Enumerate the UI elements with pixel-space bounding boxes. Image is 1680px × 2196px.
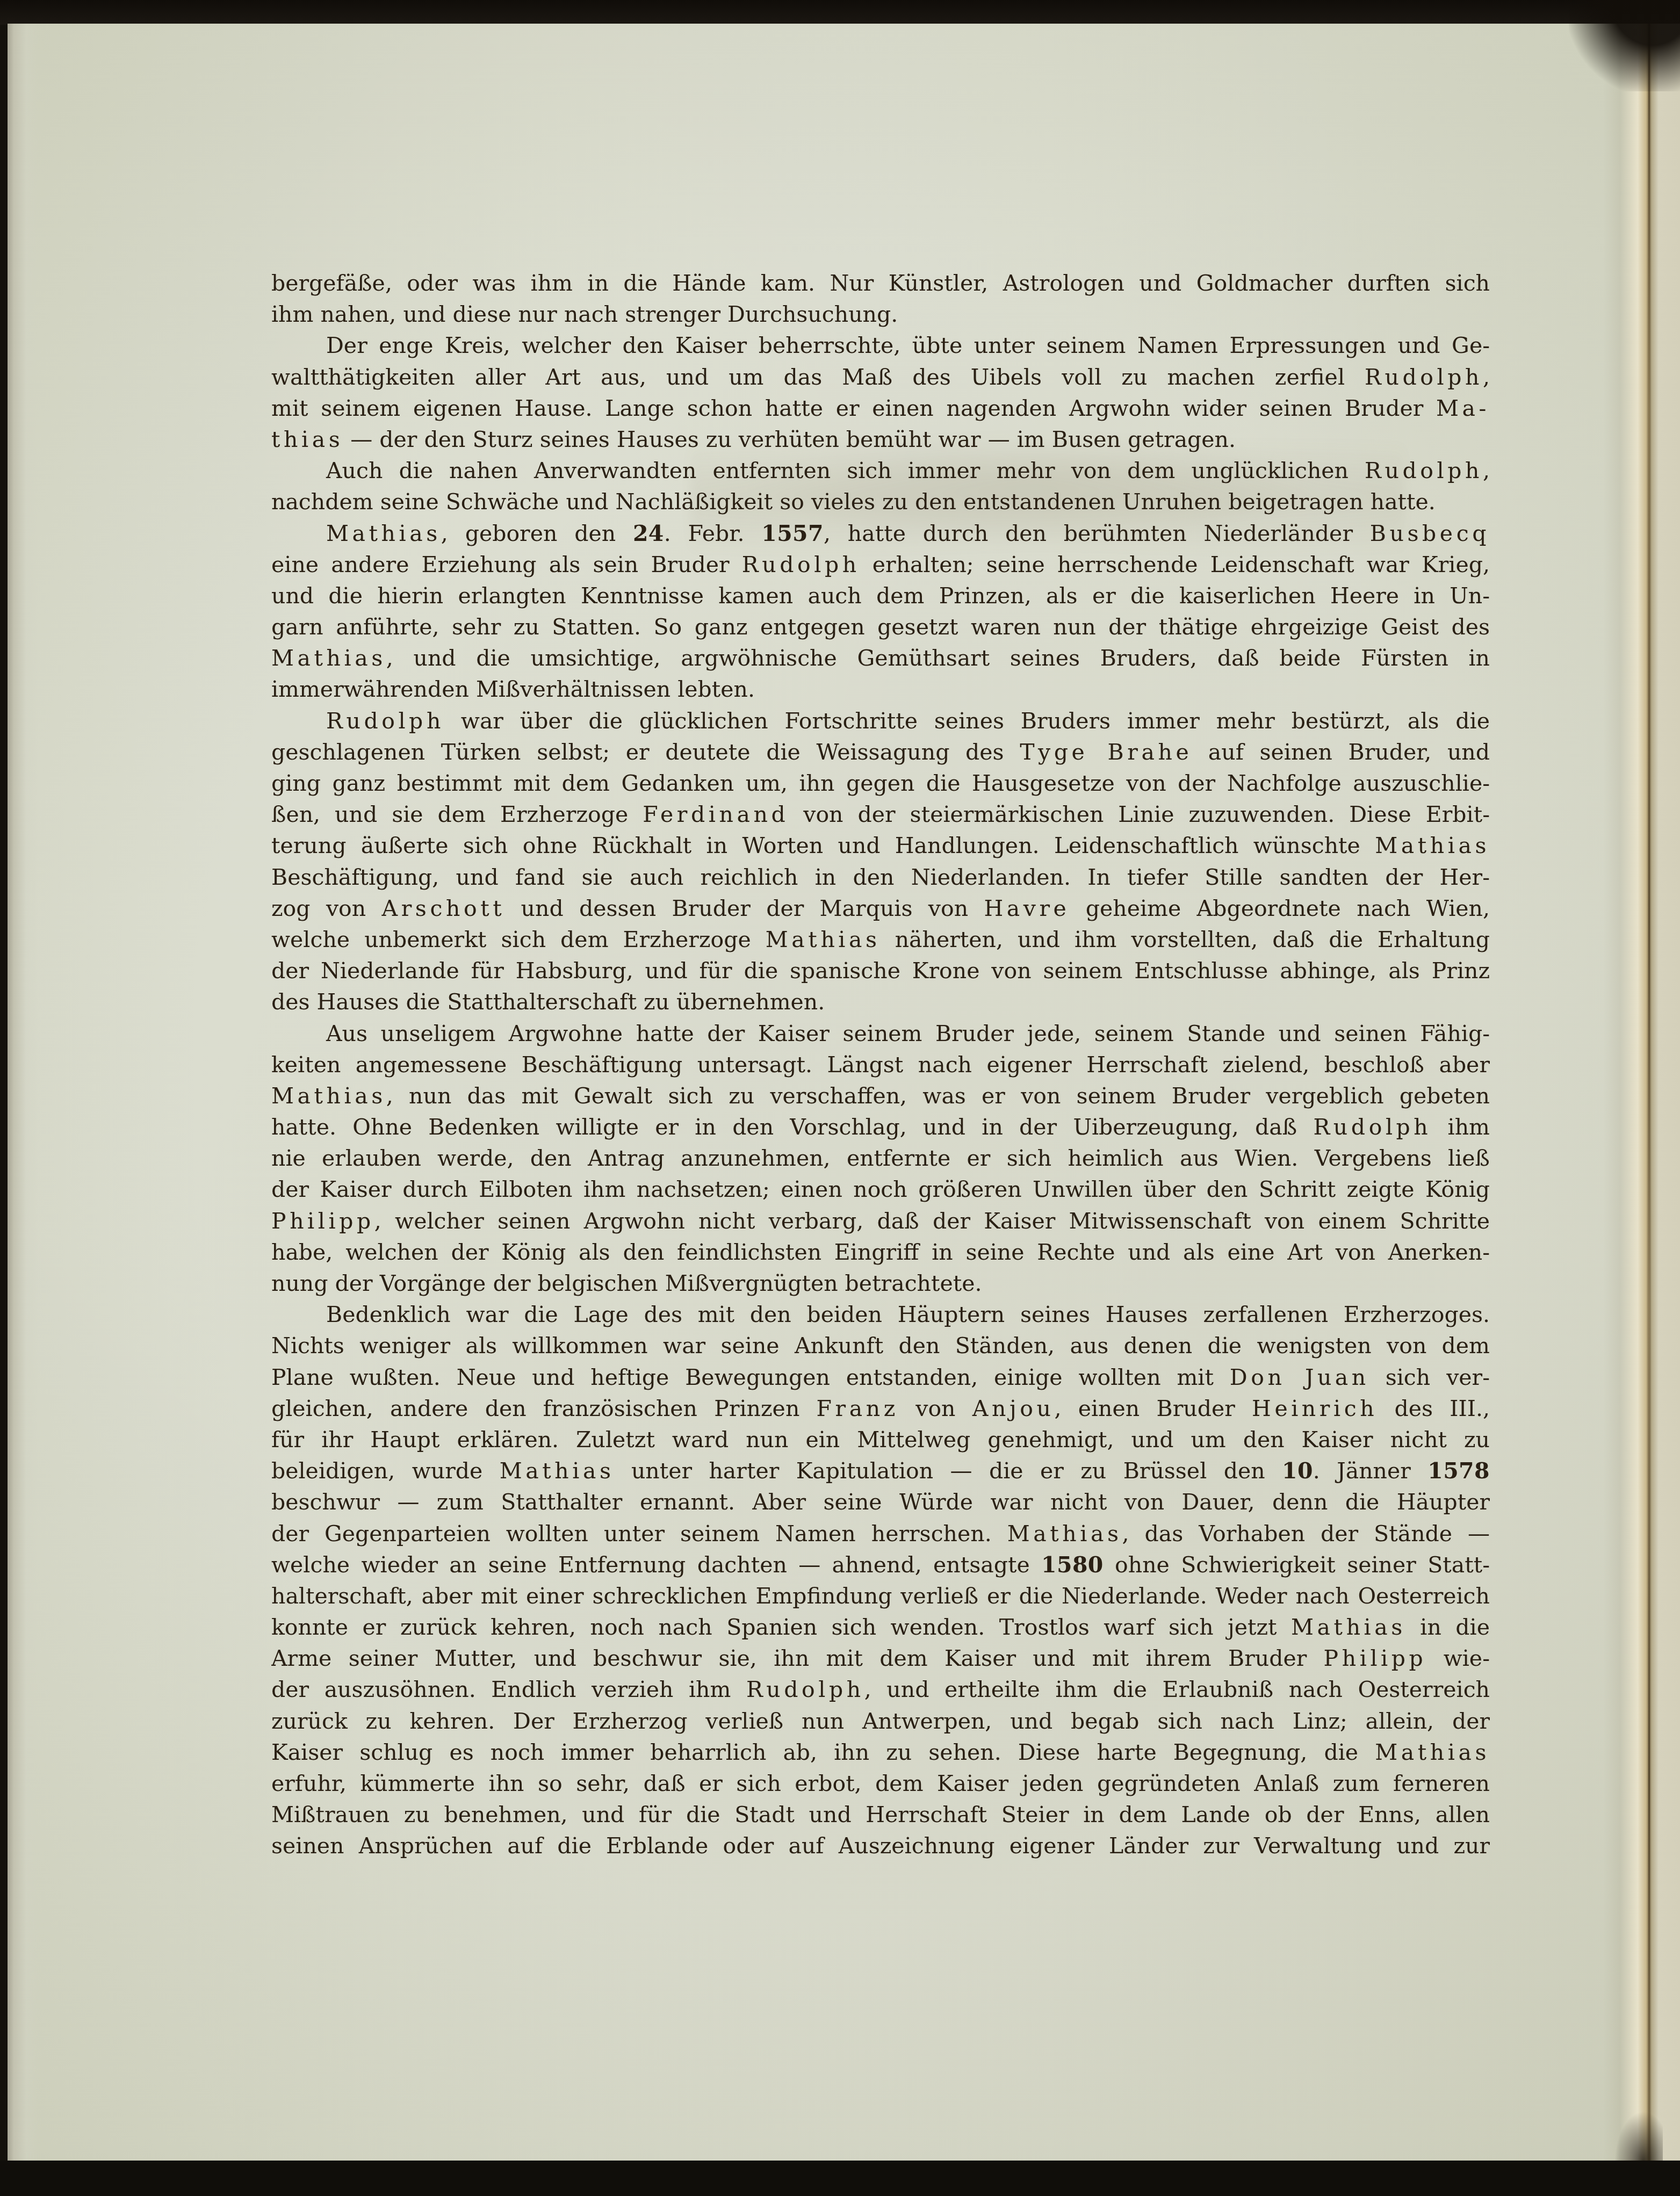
proper-name-gesperrt: Rudolph: [1365, 364, 1483, 390]
text-line: Mathias, und die umsichtige, argwöhnisch…: [271, 642, 1490, 674]
text-line: ging ganz bestimmt mit dem Gedanken um, …: [271, 768, 1490, 799]
text-line: Arme seiner Mutter, und beschwur sie, ih…: [271, 1643, 1490, 1674]
text-line: terung äußerte sich ohne Rückhalt in Wor…: [271, 830, 1490, 861]
text-line: bergefäße, oder was ihm in die Hände kam…: [271, 268, 1490, 299]
proper-name-gesperrt: Mathias: [1007, 1521, 1122, 1547]
proper-name-gesperrt: Mathias: [766, 927, 881, 952]
text-line: habe, welchen der König als den feindlic…: [271, 1237, 1490, 1268]
text-line: thias — der den Sturz seines Hauses zu v…: [271, 424, 1490, 455]
text-line: welche unbemerkt sich dem Erzherzoge Mat…: [271, 924, 1490, 955]
proper-name-gesperrt: Mathias: [1291, 1614, 1406, 1640]
text-line: ihm nahen, und diese nur nach strenger D…: [271, 299, 1490, 330]
text-line: für ihr Haupt erklären. Zuletzt ward nun…: [271, 1424, 1490, 1455]
text-line: gleichen, andere den französischen Prinz…: [271, 1393, 1490, 1424]
text-line: Der enge Kreis, welcher den Kaiser beher…: [271, 330, 1490, 361]
numeral: 1578: [1427, 1458, 1490, 1484]
text-line: mit seinem eigenen Hause. Lange schon ha…: [271, 393, 1490, 424]
proper-name-gesperrt: Mathias: [271, 645, 386, 671]
text-line: ßen, und sie dem Erzherzoge Ferdinand vo…: [271, 799, 1490, 830]
scanner-background-top: [0, 0, 1680, 25]
text-line: zurück zu kehren. Der Erzherzog verließ …: [271, 1706, 1490, 1737]
text-line: zog von Arschott und dessen Bruder der M…: [271, 893, 1490, 924]
scanner-background-bottom: [0, 2161, 1680, 2196]
proper-name-gesperrt: Rudolph: [742, 552, 860, 577]
text-line: des Hauses die Statthalterschaft zu über…: [271, 986, 1490, 1017]
text-line: der Gegenparteien wollten unter seinem N…: [271, 1518, 1490, 1549]
proper-name-gesperrt: Mathias: [1375, 833, 1490, 858]
text-line: Auch die nahen Anverwandten entfernten s…: [271, 455, 1490, 486]
proper-name-gesperrt: Philipp: [271, 1208, 374, 1234]
numeral: 10: [1282, 1458, 1313, 1484]
proper-name-gesperrt: Havre: [984, 895, 1070, 921]
text-line: Philipp, welcher seinen Argwohn nicht ve…: [271, 1205, 1490, 1237]
proper-name-gesperrt: Mathias: [500, 1458, 615, 1484]
proper-name-gesperrt: Don Juan: [1230, 1364, 1369, 1390]
text-line: seinen Ansprüchen auf die Erblande oder …: [271, 1830, 1490, 1861]
page-stack-edge-left: [8, 24, 39, 2162]
binding-gutter-crease: [1648, 24, 1650, 2162]
text-line: der Niederlande für Habsburg, und für di…: [271, 955, 1490, 986]
text-line: halterschaft, aber mit einer schrecklich…: [271, 1580, 1490, 1612]
text-line: immerwährenden Mißverhältnissen lebten.: [271, 674, 1490, 705]
binding-shadow-bottom: [1614, 2111, 1663, 2162]
text-line: Mißtrauen zu benehmen, und für die Stadt…: [271, 1799, 1490, 1830]
text-line: nachdem seine Schwäche und Nachläßigkeit…: [271, 486, 1490, 517]
proper-name-gesperrt: Rudolph: [746, 1677, 864, 1702]
text-line: hatte. Ohne Bedenken willigte er in den …: [271, 1111, 1490, 1143]
proper-name-gesperrt: Arschott: [381, 895, 505, 921]
text-line: Plane wußten. Neue und heftige Bewegunge…: [271, 1362, 1490, 1393]
text-line: erfuhr, kümmerte ihn so sehr, daß er sic…: [271, 1768, 1490, 1799]
text-line: welche wieder an seine Entfernung dachte…: [271, 1549, 1490, 1580]
text-line: garn anführte, sehr zu Statten. So ganz …: [271, 611, 1490, 642]
proper-name-gesperrt: Heinrich: [1252, 1396, 1378, 1421]
proper-name-gesperrt: Rudolph: [326, 708, 444, 734]
text-line: eine andere Erziehung als sein Bruder Ru…: [271, 549, 1490, 580]
text-line: Beschäftigung, und fand sie auch reichli…: [271, 862, 1490, 893]
proper-name-gesperrt: Philipp: [1324, 1645, 1427, 1671]
text-line: Mathias, geboren den 24. Febr. 1557, hat…: [271, 518, 1490, 549]
proper-name-gesperrt: thias: [271, 427, 343, 452]
page-text-block: bergefäße, oder was ihm in die Hände kam…: [271, 268, 1490, 1862]
text-line: Rudolph war über die glücklichen Fortsch…: [271, 705, 1490, 736]
proper-name-gesperrt: Ferdinand: [643, 801, 789, 827]
proper-name-gesperrt: Mathias: [1375, 1739, 1490, 1765]
text-line: Mathias, nun das mit Gewalt sich zu vers…: [271, 1080, 1490, 1111]
text-line: geschlagenen Türken selbst; er deutete d…: [271, 736, 1490, 768]
text-line: beleidigen, wurde Mathias unter harter K…: [271, 1455, 1490, 1486]
text-line: beschwur — zum Statthalter ernannt. Aber…: [271, 1486, 1490, 1518]
numeral: 1580: [1041, 1552, 1104, 1578]
binding-shadow-top: [1569, 0, 1680, 91]
text-line: nung der Vorgänge der belgischen Mißverg…: [271, 1268, 1490, 1299]
scanned-book-page: { "document": { "language": "de", "scrip…: [0, 0, 1680, 2196]
text-line: der Kaiser durch Eilboten ihm nachsetzen…: [271, 1174, 1490, 1205]
proper-name-gesperrt: Ma-: [1436, 395, 1490, 421]
proper-name-gesperrt: Mathias: [326, 521, 441, 546]
proper-name-gesperrt: Rudolph: [1365, 458, 1483, 483]
text-line: konnte er zurück kehren, noch nach Spani…: [271, 1612, 1490, 1643]
numeral: 24: [633, 521, 664, 546]
text-line: Nichts weniger als willkommen war seine …: [271, 1330, 1490, 1361]
text-line: und die hierin erlangten Kenntnisse kame…: [271, 580, 1490, 611]
text-line: nie erlauben werde, den Antrag anzunehme…: [271, 1143, 1490, 1174]
text-line: waltthätigkeiten aller Art aus, und um d…: [271, 362, 1490, 393]
text-line: Bedenklich war die Lage des mit den beid…: [271, 1299, 1490, 1330]
proper-name-gesperrt: Busbecq: [1370, 521, 1490, 546]
proper-name-gesperrt: Anjou: [972, 1396, 1055, 1421]
text-line: Kaiser schlug es noch immer beharrlich a…: [271, 1737, 1490, 1768]
proper-name-gesperrt: Rudolph: [1313, 1114, 1431, 1140]
proper-name-gesperrt: Mathias: [271, 1083, 386, 1109]
text-line: Aus unseligem Argwohne hatte der Kaiser …: [271, 1018, 1490, 1049]
text-line: der auszusöhnen. Endlich verzieh ihm Rud…: [271, 1674, 1490, 1705]
binding-gutter: [1603, 24, 1680, 2162]
numeral: 1557: [761, 521, 824, 546]
proper-name-gesperrt: Franz: [817, 1396, 899, 1421]
foxing-specks: [8, 24, 10, 26]
text-line: keiten angemessene Beschäftigung untersa…: [271, 1049, 1490, 1080]
proper-name-gesperrt: Tyge Brahe: [1020, 739, 1192, 765]
